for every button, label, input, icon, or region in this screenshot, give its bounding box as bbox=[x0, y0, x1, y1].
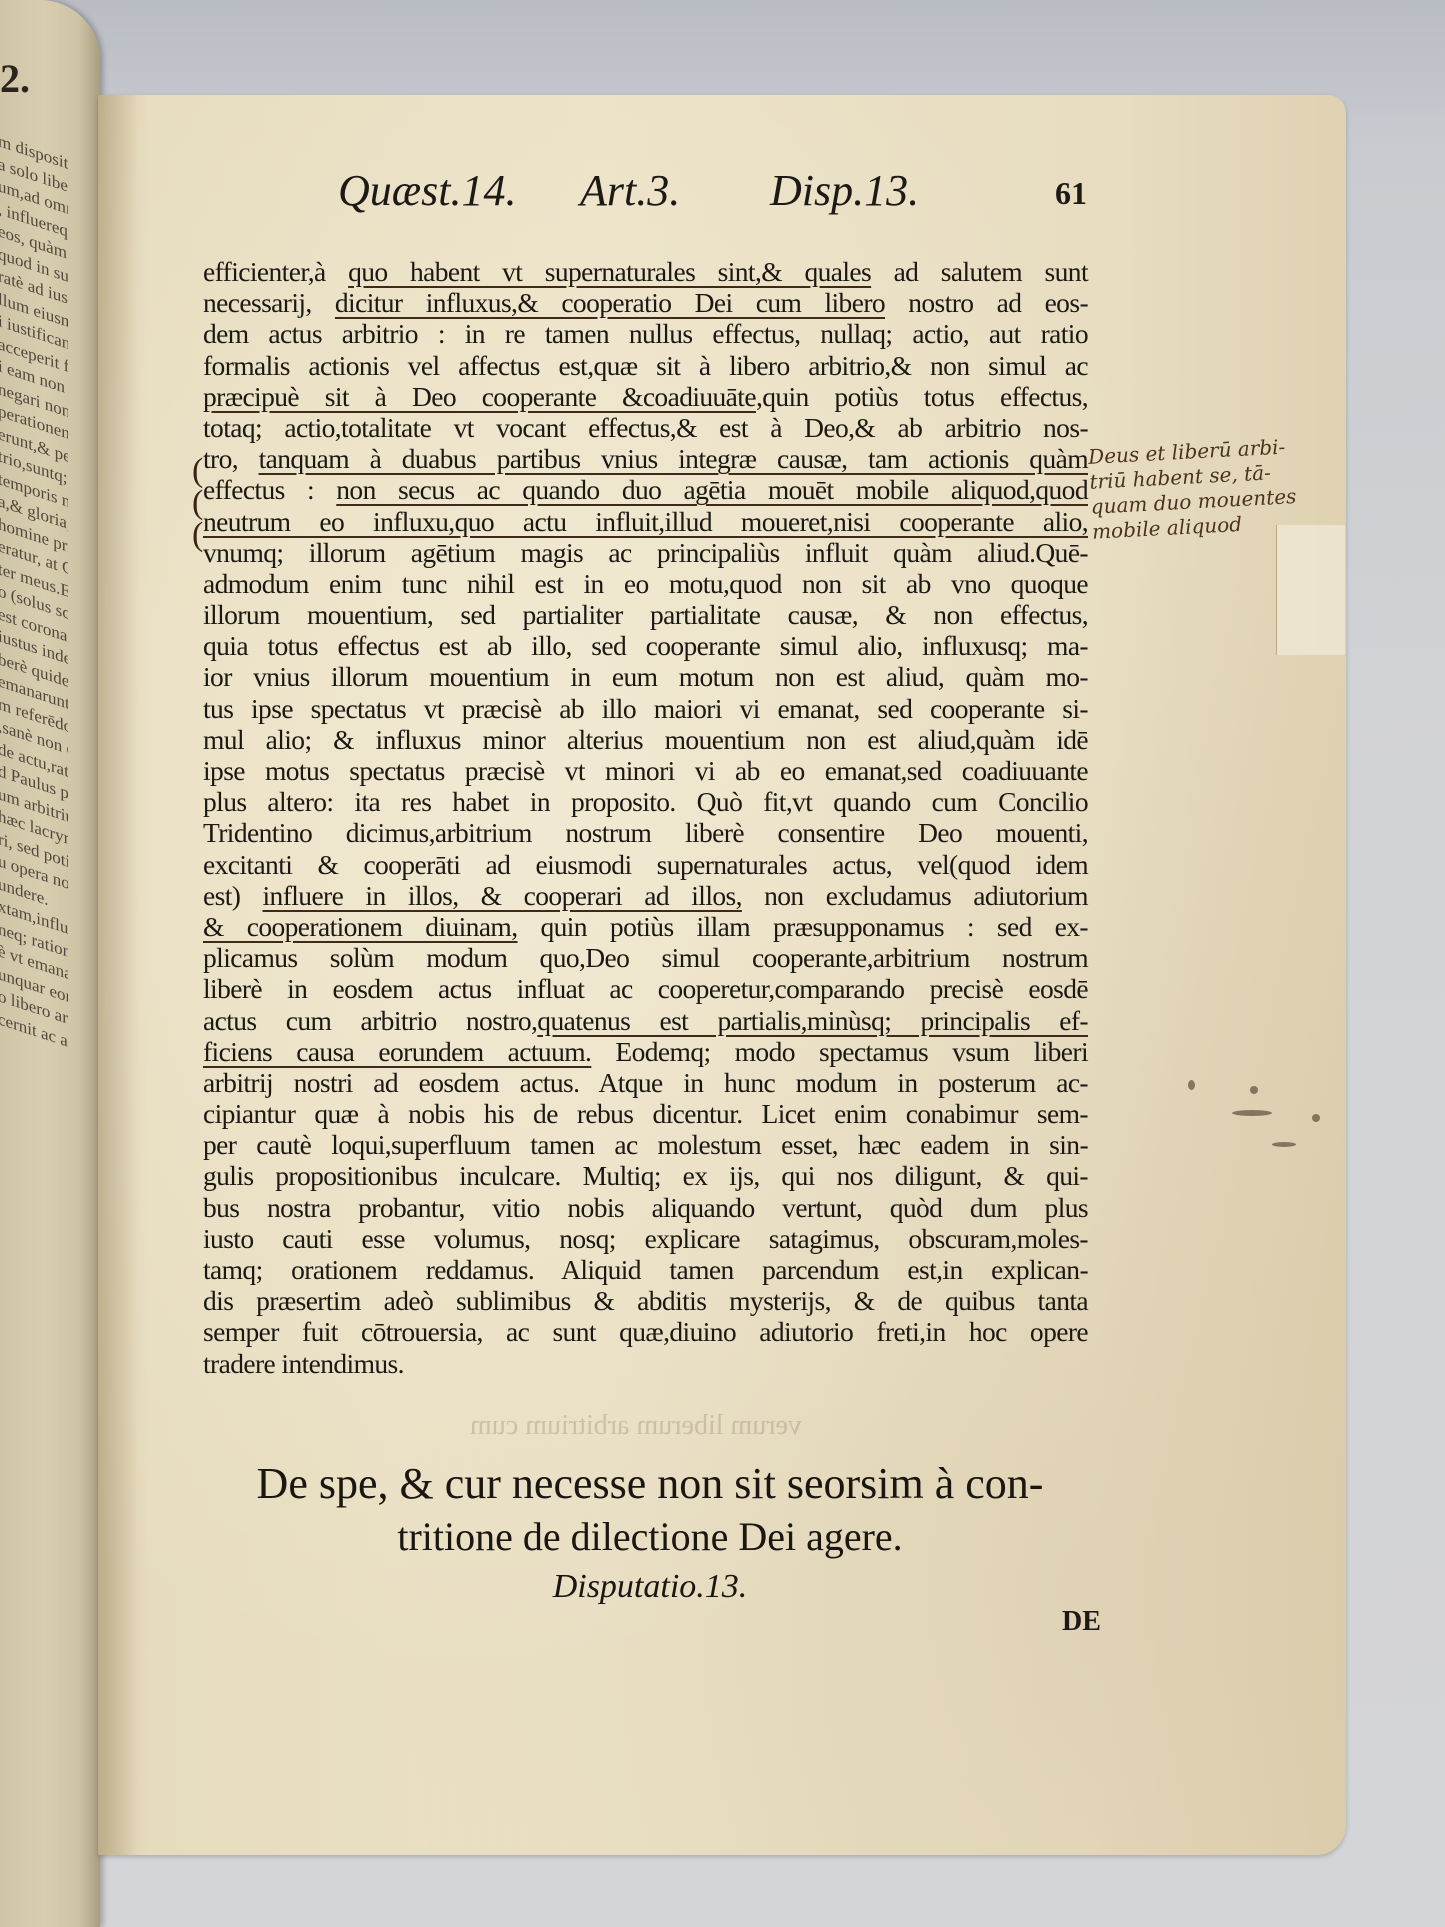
text-line: tradere intendimus. bbox=[203, 1348, 1088, 1379]
page-number: 61 bbox=[1055, 175, 1087, 212]
ink-stain bbox=[1188, 1080, 1195, 1090]
underlined-phrase: præcipuè sit à Deo cooperante &coadiuuāt… bbox=[203, 381, 756, 412]
text-line: tamq; orationem reddamus. Aliquid tamen … bbox=[203, 1254, 1088, 1285]
underlined-phrase: tanquam à duabus partibus vnius integræ … bbox=[259, 443, 1088, 474]
header-disputatio: Disp.13. bbox=[770, 165, 919, 216]
text-line: vnumq; illorum agētium magis ac principa… bbox=[203, 537, 1088, 568]
text-line: ipse motus spectatus præcisè vt minori v… bbox=[203, 755, 1088, 786]
underlined-phrase: dicitur influxus,& cooperatio Dei cum li… bbox=[335, 287, 885, 318]
text-line: semper fuit cōtrouersia, ac sunt quæ,diu… bbox=[203, 1316, 1088, 1347]
text-line: excitanti & cooperāti ad eiusmodi supern… bbox=[203, 849, 1088, 880]
text-line: necessarij, dicitur influxus,& cooperati… bbox=[203, 287, 1088, 318]
underlined-phrase: influere in illos, & cooperari ad illos, bbox=[263, 880, 742, 911]
text-line: admodum enim tunc nihil est in eo motu,q… bbox=[203, 568, 1088, 599]
underlined-phrase: & cooperationem diuinam, bbox=[203, 911, 518, 942]
running-header: Quæst.14. Art.3. Disp.13. 61 bbox=[330, 165, 1100, 225]
underlined-phrase: ficiens causa eorundem actuum. bbox=[203, 1036, 591, 1067]
header-articulus: Art.3. bbox=[580, 165, 680, 216]
text-line: gulis propositionibus inculcare. Multiq;… bbox=[203, 1160, 1088, 1191]
text-line: quia totus effectus est ab illo, sed coo… bbox=[203, 630, 1088, 661]
underlined-phrase: quo habent vt supernaturales sint,& qual… bbox=[348, 256, 871, 287]
section-heading-line-1: De spe, & cur necesse non sit seorsim à … bbox=[200, 1457, 1100, 1511]
text-line: effectus : non secus ac quando duo agēti… bbox=[203, 474, 1088, 505]
section-heading: De spe, & cur necesse non sit seorsim à … bbox=[200, 1457, 1100, 1611]
margin-bracket-mark: ( bbox=[192, 516, 203, 554]
catchword: DE bbox=[1062, 1606, 1101, 1638]
disputatio-label: Disputatio.13. bbox=[200, 1563, 1100, 1611]
text-line: iusto cauti esse volumus, nosq; explicar… bbox=[203, 1223, 1088, 1254]
text-line: ficiens causa eorundem actuum. Eodemq; m… bbox=[203, 1036, 1088, 1067]
text-line: ior vnius illorum mouentium in eum motum… bbox=[203, 661, 1088, 692]
text-line: cipiantur quæ à nobis his de rebus dicen… bbox=[203, 1098, 1088, 1129]
text-line: tro, tanquam à duabus partibus vnius int… bbox=[203, 443, 1088, 474]
ink-stain bbox=[1232, 1110, 1272, 1116]
text-line: est) influere in illos, & cooperari ad i… bbox=[203, 880, 1088, 911]
text-line: per cautè loqui,superfluum tamen ac mole… bbox=[203, 1129, 1088, 1160]
left-page-folio: 2. bbox=[0, 55, 30, 102]
text-line: dem actus arbitrio : in re tamen nullus … bbox=[203, 318, 1088, 349]
text-line: formalis actionis vel affectus est,quæ s… bbox=[203, 350, 1088, 381]
body-text: efficienter,à quo habent vt supernatural… bbox=[203, 256, 1088, 1379]
header-quaestio: Quæst.14. bbox=[338, 165, 516, 216]
text-line: neutrum eo influxu,quo actu influit,illu… bbox=[203, 506, 1088, 537]
underlined-phrase: quatenus est partialis,minùsq; principal… bbox=[537, 1005, 1088, 1036]
text-line: & cooperationem diuinam, quin potiùs ill… bbox=[203, 911, 1088, 942]
text-line: Tridentino dicimus,arbitrium nostrum lib… bbox=[203, 817, 1088, 848]
text-line: arbitrij nostri ad eosdem actus. Atque i… bbox=[203, 1067, 1088, 1098]
left-page-text: m dispositionea solo libero aum,ad omneq… bbox=[0, 130, 68, 1053]
paper-repair-patch bbox=[1276, 525, 1345, 655]
gutter-shadow bbox=[98, 95, 138, 1855]
facing-page-left: 2. m dispositionea solo libero aum,ad om… bbox=[0, 0, 100, 1927]
text-line: mul alio; & influxus minor alterius moue… bbox=[203, 724, 1088, 755]
section-heading-line-2: tritione de dilectione Dei agere. bbox=[200, 1511, 1100, 1563]
text-line: præcipuè sit à Deo cooperante &coadiuuāt… bbox=[203, 381, 1088, 412]
text-line: totaq; actio,totalitate vt vocant effect… bbox=[203, 412, 1088, 443]
underlined-phrase: neutrum eo influxu,quo actu influit,illu… bbox=[203, 506, 1088, 537]
text-line: plus altero: ita res habet in proposito.… bbox=[203, 786, 1088, 817]
ink-stain bbox=[1272, 1142, 1296, 1147]
text-line: illorum mouentium, sed partialiter parti… bbox=[203, 599, 1088, 630]
ink-stain bbox=[1250, 1086, 1258, 1094]
text-line: liberè in eosdem actus influat ac cooper… bbox=[203, 973, 1088, 1004]
text-line: tus ipse spectatus vt præcisè ab illo ma… bbox=[203, 693, 1088, 724]
text-line: dis præsertim adeò sublimibus & abditis … bbox=[203, 1285, 1088, 1316]
ink-stain bbox=[1312, 1114, 1320, 1122]
text-line: actus cum arbitrio nostro,quatenus est p… bbox=[203, 1005, 1088, 1036]
show-through-text: verum liberum arbitrium cum bbox=[470, 1410, 802, 1442]
text-line: efficienter,à quo habent vt supernatural… bbox=[203, 256, 1088, 287]
text-line: plicamus solùm modum quo,Deo simul coope… bbox=[203, 942, 1088, 973]
underlined-phrase: non secus ac quando duo agētia mouēt mob… bbox=[336, 474, 1088, 505]
text-line: bus nostra probantur, vitio nobis aliqua… bbox=[203, 1192, 1088, 1223]
